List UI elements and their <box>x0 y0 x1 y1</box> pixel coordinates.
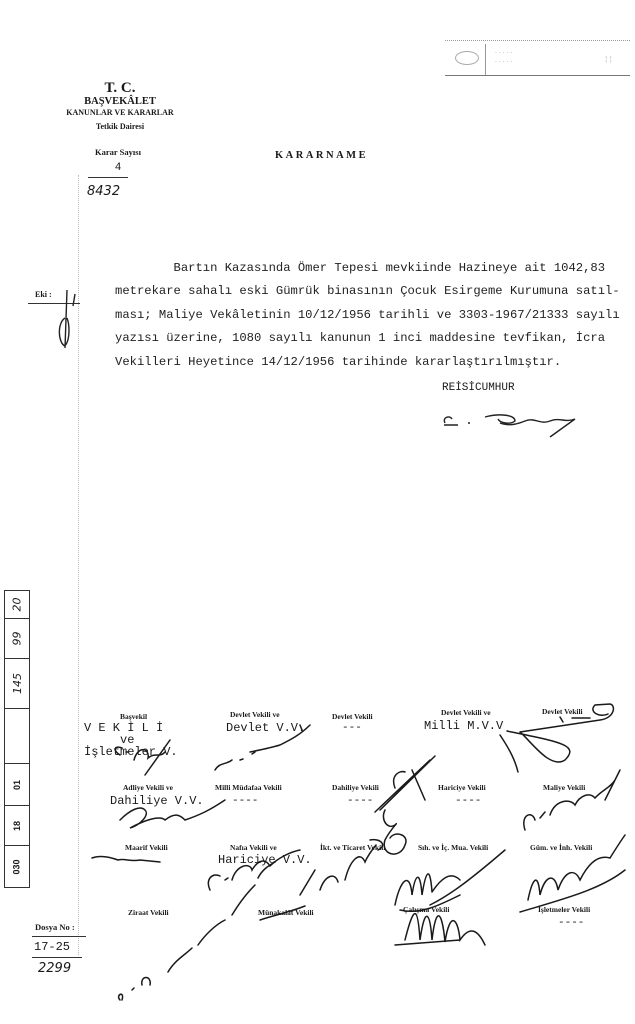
minister-signatures <box>0 0 635 1024</box>
